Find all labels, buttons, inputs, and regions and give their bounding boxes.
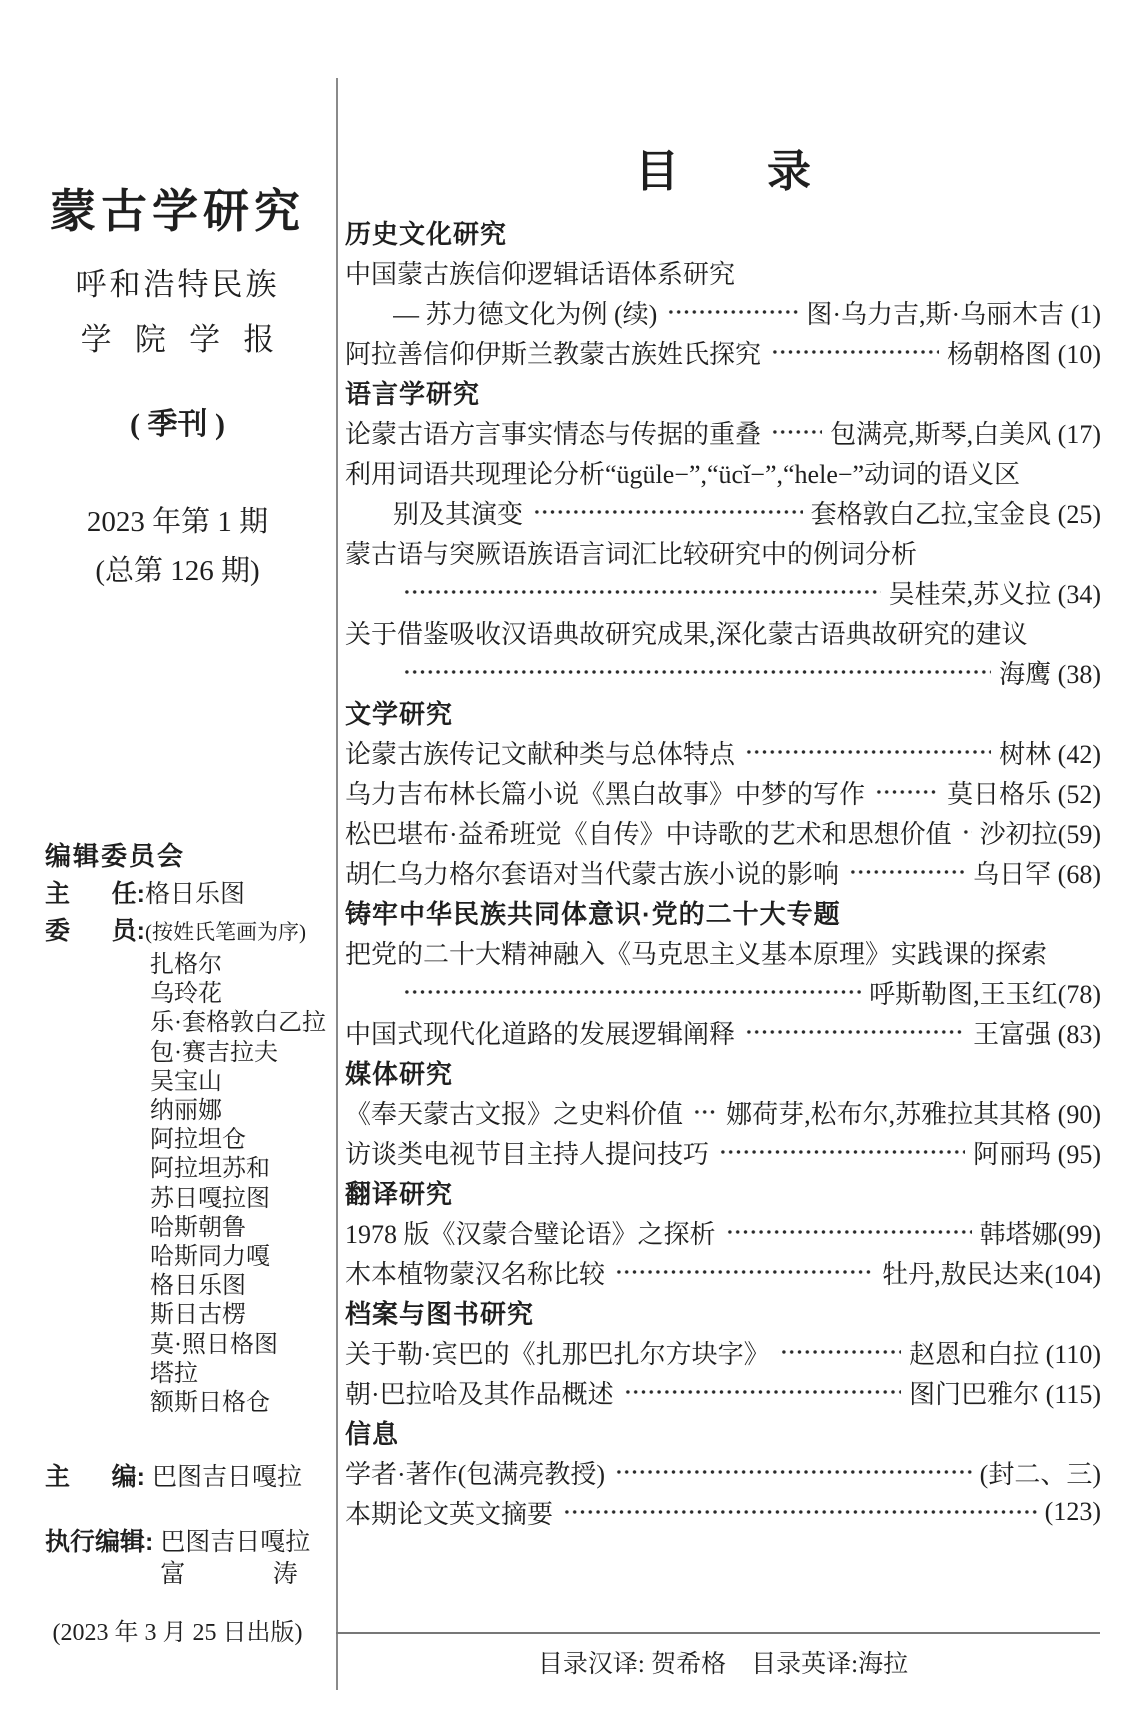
entry-title: 1978 版《汉蒙合璧论语》之探析 bbox=[345, 1214, 716, 1251]
toc-entry-line: 中国蒙古族信仰逻辑话语体系研究 bbox=[345, 252, 1101, 292]
entry-title: 别及其演变 bbox=[393, 494, 523, 531]
member-list: 扎格尔乌玲花乐·套格敦白乙拉包·赛吉拉夫吴宝山纳丽娜阿拉坦仓阿拉坦苏和苏日嘎拉图… bbox=[150, 951, 310, 1418]
entry-title: 访谈类电视节目主持人提问技巧 bbox=[345, 1134, 709, 1171]
executive-editor-label: 执行编辑: bbox=[45, 1527, 160, 1557]
director-name: 格日乐图 bbox=[145, 880, 245, 910]
dot-leader bbox=[401, 652, 991, 692]
sidebar: 蒙古学研究 呼和浩特民族 学 院 学 报 ( 季刊 ) 2023 年第 1 期 … bbox=[45, 0, 310, 1716]
entry-title: 蒙古语与突厥语族语言词汇比较研究中的例词分析 bbox=[345, 534, 917, 571]
masthead: 蒙古学研究 呼和浩特民族 学 院 学 报 ( 季刊 ) 2023 年第 1 期 … bbox=[45, 175, 310, 589]
vertical-divider-line bbox=[336, 78, 338, 1690]
dot-leader bbox=[613, 1252, 874, 1292]
entry-title: 学者·著作(包满亮教授) bbox=[345, 1454, 605, 1491]
members-ordering-note: (按姓氏笔画为序) bbox=[145, 917, 306, 947]
section-heading: 媒体研究 bbox=[345, 1052, 1101, 1092]
dot-leader bbox=[847, 852, 965, 892]
publish-date: (2023 年 3 月 25 日出版) bbox=[45, 1612, 310, 1647]
dot-leader bbox=[561, 1492, 1037, 1532]
toc-entry-line: 本期论文英文摘要(123) bbox=[345, 1492, 1101, 1532]
entry-title: 把党的二十大精神融入《马克思主义基本原理》实践课的探索 bbox=[345, 934, 1047, 971]
toc-entry-line: 论蒙古语方言事实情态与传据的重叠包满亮,斯琴,白美风 (17) bbox=[345, 412, 1101, 452]
toc-entry-line: 《奉天蒙古文报》之史料价值娜荷芽,松布尔,苏雅拉其其格 (90) bbox=[345, 1092, 1101, 1132]
entry-authors-page: 海鹰 (38) bbox=[999, 654, 1101, 691]
member-name: 阿拉坦苏和 bbox=[150, 1155, 310, 1184]
footer-rule-line bbox=[336, 1632, 1100, 1634]
member-name: 扎格尔 bbox=[150, 951, 310, 980]
entry-title: 论蒙古族传记文献种类与总体特点 bbox=[345, 734, 735, 771]
entry-authors-page: 阿丽玛 (95) bbox=[973, 1134, 1101, 1171]
entry-authors-page: 树林 (42) bbox=[999, 734, 1101, 771]
journal-contents-page: 蒙古学研究 呼和浩特民族 学 院 学 报 ( 季刊 ) 2023 年第 1 期 … bbox=[0, 0, 1126, 1716]
entry-title: 乌力吉布林长篇小说《黑白故事》中梦的写作 bbox=[345, 774, 865, 811]
entry-authors-page: 沙初拉(59) bbox=[980, 814, 1101, 851]
entry-title: 关于借鉴吸收汉语典故研究成果,深化蒙古语典故研究的建议 bbox=[345, 614, 1028, 651]
toc-title: 目 录 bbox=[345, 135, 1101, 199]
entry-authors-page: 乌日罕 (68) bbox=[973, 854, 1101, 891]
members-label: 委 员: bbox=[45, 916, 145, 946]
dot-leader bbox=[531, 492, 803, 532]
chief-editor-row: 主 编: 巴图吉日嘎拉 bbox=[45, 1462, 310, 1493]
toc-entry-line: 访谈类电视节目主持人提问技巧阿丽玛 (95) bbox=[345, 1132, 1101, 1172]
toc-entry-line: 胡仁乌力格尔套语对当代蒙古族小说的影响乌日罕 (68) bbox=[345, 852, 1101, 892]
entry-authors-page: 呼斯勒图,王玉红(78) bbox=[869, 974, 1101, 1011]
entry-authors-page: (封二、三) bbox=[980, 1454, 1101, 1491]
toc-entry-line: 学者·著作(包满亮教授)(封二、三) bbox=[345, 1452, 1101, 1492]
toc-entry-line: 论蒙古族传记文献种类与总体特点树林 (42) bbox=[345, 732, 1101, 772]
member-name: 额斯日格仓 bbox=[150, 1389, 310, 1418]
toc-entry-line: 阿拉善信仰伊斯兰教蒙古族姓氏探究杨朝格图 (10) bbox=[345, 332, 1101, 372]
entry-authors-page: 包满亮,斯琴,白美风 (17) bbox=[830, 414, 1101, 451]
toc-entry-line: 别及其演变套格敦白乙拉,宝金良 (25) bbox=[345, 492, 1101, 532]
entry-title: 松巴堪布·益希班觉《自传》中诗歌的艺术和思想价值 bbox=[345, 814, 952, 851]
dot-leader bbox=[401, 972, 861, 1012]
dot-leader bbox=[769, 412, 822, 452]
entry-authors-page: 牡丹,敖民达来(104) bbox=[882, 1254, 1101, 1291]
section-heading: 信息 bbox=[345, 1412, 1101, 1452]
dot-leader bbox=[743, 1012, 965, 1052]
toc-entry-line: 木本植物蒙汉名称比较牡丹,敖民达来(104) bbox=[345, 1252, 1101, 1292]
entry-title: 胡仁乌力格尔套语对当代蒙古族小说的影响 bbox=[345, 854, 839, 891]
toc-entry-line: 利用词语共现理论分析“ügüle−”,“ücǐ−”,“hele−”动词的语义区 bbox=[345, 452, 1101, 492]
dot-leader bbox=[724, 1212, 972, 1252]
institution-name-line1: 呼和浩特民族 bbox=[45, 259, 310, 304]
member-name: 吴宝山 bbox=[150, 1068, 310, 1097]
toc-body: 历史文化研究中国蒙古族信仰逻辑话语体系研究— 苏力德文化为例 (续)图·乌力吉,… bbox=[345, 212, 1101, 1532]
entry-title: 木本植物蒙汉名称比较 bbox=[345, 1254, 605, 1291]
toc-entry-line: 呼斯勒图,王玉红(78) bbox=[345, 972, 1101, 1012]
entry-title: 本期论文英文摘要 bbox=[345, 1494, 553, 1531]
issue-number: 2023 年第 1 期 bbox=[45, 499, 310, 540]
editorial-board-title: 编辑委员会 bbox=[45, 836, 310, 873]
chief-editor-label: 主 编: bbox=[45, 1462, 152, 1492]
dot-leader bbox=[778, 1332, 901, 1372]
entry-authors-page: 王富强 (83) bbox=[973, 1014, 1101, 1051]
dot-leader bbox=[873, 772, 939, 812]
member-name: 格日乐图 bbox=[150, 1272, 310, 1301]
toc-entry-line: 乌力吉布林长篇小说《黑白故事》中梦的写作莫日格乐 (52) bbox=[345, 772, 1101, 812]
entry-title: 中国蒙古族信仰逻辑话语体系研究 bbox=[345, 254, 735, 291]
toc-entry-line: 中国式现代化道路的发展逻辑阐释王富强 (83) bbox=[345, 1012, 1101, 1052]
toc-entry-line: 关于借鉴吸收汉语典故研究成果,深化蒙古语典故研究的建议 bbox=[345, 612, 1101, 652]
institution-name-line2: 学 院 学 报 bbox=[45, 314, 310, 359]
entry-title: 利用词语共现理论分析“ügüle−”,“ücǐ−”,“hele−”动词的语义区 bbox=[345, 454, 1020, 491]
toc-entry-line: 蒙古语与突厥语族语言词汇比较研究中的例词分析 bbox=[345, 532, 1101, 572]
member-name: 莫·照日格图 bbox=[150, 1331, 310, 1360]
member-name: 哈斯同力嘎 bbox=[150, 1243, 310, 1272]
member-name: 塔拉 bbox=[150, 1360, 310, 1389]
toc-entry-line: 朝·巴拉哈及其作品概述图门巴雅尔 (115) bbox=[345, 1372, 1101, 1412]
entry-title: — 苏力德文化为例 (续) bbox=[393, 294, 657, 331]
director-row: 主 任: 格日乐图 bbox=[45, 879, 310, 910]
toc-entry-line: 把党的二十大精神融入《马克思主义基本原理》实践课的探索 bbox=[345, 932, 1101, 972]
entry-title: 《奉天蒙古文报》之史料价值 bbox=[345, 1094, 683, 1131]
director-label: 主 任: bbox=[45, 879, 145, 909]
section-heading: 档案与图书研究 bbox=[345, 1292, 1101, 1332]
section-heading: 翻译研究 bbox=[345, 1172, 1101, 1212]
member-name: 苏日嘎拉图 bbox=[150, 1185, 310, 1214]
member-name: 乐·套格敦白乙拉 bbox=[150, 1009, 310, 1038]
dot-leader bbox=[622, 1372, 901, 1412]
toc-entry-line: 吴桂荣,苏义拉 (34) bbox=[345, 572, 1101, 612]
member-name: 包·赛吉拉夫 bbox=[150, 1039, 310, 1068]
publication-frequency: ( 季刊 ) bbox=[45, 399, 310, 443]
entry-authors-page: 娜荷芽,松布尔,苏雅拉其其格 (90) bbox=[726, 1094, 1101, 1131]
member-name: 乌玲花 bbox=[150, 980, 310, 1009]
section-heading: 历史文化研究 bbox=[345, 212, 1101, 252]
entry-authors-page: 赵恩和白拉 (110) bbox=[909, 1334, 1101, 1371]
entry-authors-page: 杨朝格图 (10) bbox=[947, 334, 1101, 371]
section-heading: 铸牢中华民族共同体意识·党的二十大专题 bbox=[345, 892, 1101, 932]
section-heading: 文学研究 bbox=[345, 692, 1101, 732]
entry-title: 阿拉善信仰伊斯兰教蒙古族姓氏探究 bbox=[345, 334, 761, 371]
members-row: 委 员: (按姓氏笔画为序) bbox=[45, 916, 310, 947]
journal-title: 蒙古学研究 bbox=[45, 175, 310, 241]
dot-leader bbox=[613, 1452, 972, 1492]
entry-authors-page: (123) bbox=[1045, 1497, 1101, 1527]
editorial-board: 编辑委员会 主 任: 格日乐图 委 员: (按姓氏笔画为序) 扎格尔乌玲花乐·套… bbox=[45, 836, 310, 1591]
dot-leader bbox=[401, 572, 881, 612]
member-name: 纳丽娜 bbox=[150, 1097, 310, 1126]
entry-title: 论蒙古语方言事实情态与传据的重叠 bbox=[345, 414, 761, 451]
dot-leader bbox=[743, 732, 991, 772]
dot-leader bbox=[769, 332, 939, 372]
executive-editor-names: 巴图吉日嘎拉 富 涛 bbox=[160, 1527, 310, 1591]
entry-authors-page: 吴桂荣,苏义拉 (34) bbox=[889, 574, 1101, 611]
toc-entry-line: 1978 版《汉蒙合璧论语》之探析韩塔娜(99) bbox=[345, 1212, 1101, 1252]
member-name: 阿拉坦仓 bbox=[150, 1126, 310, 1155]
issue-total-number: (总第 126 期) bbox=[45, 548, 310, 589]
toc-entry-line: 松巴堪布·益希班觉《自传》中诗歌的艺术和思想价值沙初拉(59) bbox=[345, 812, 1101, 852]
entry-authors-page: 莫日格乐 (52) bbox=[947, 774, 1101, 811]
entry-title: 关于勒·宾巴的《扎那巴扎尔方块字》 bbox=[345, 1334, 770, 1371]
toc-entry-line: — 苏力德文化为例 (续)图·乌力吉,斯·乌丽木吉 (1) bbox=[345, 292, 1101, 332]
dot-leader bbox=[665, 292, 798, 332]
entry-title: 中国式现代化道路的发展逻辑阐释 bbox=[345, 1014, 735, 1051]
entry-title: 朝·巴拉哈及其作品概述 bbox=[345, 1374, 614, 1411]
chief-editor-name: 巴图吉日嘎拉 bbox=[152, 1463, 302, 1493]
entry-authors-page: 韩塔娜(99) bbox=[980, 1214, 1101, 1251]
executive-editor-name-2: 富 涛 bbox=[160, 1559, 310, 1591]
member-name: 斯日古楞 bbox=[150, 1301, 310, 1330]
dot-leader bbox=[717, 1132, 965, 1172]
entry-authors-page: 图·乌力吉,斯·乌丽木吉 (1) bbox=[806, 294, 1101, 331]
executive-editor-name-1: 巴图吉日嘎拉 bbox=[160, 1527, 310, 1559]
entry-authors-page: 套格敦白乙拉,宝金良 (25) bbox=[811, 494, 1101, 531]
section-heading: 语言学研究 bbox=[345, 372, 1101, 412]
entry-authors-page: 图门巴雅尔 (115) bbox=[909, 1374, 1101, 1411]
toc-entry-line: 关于勒·宾巴的《扎那巴扎尔方块字》赵恩和白拉 (110) bbox=[345, 1332, 1101, 1372]
dot-leader bbox=[691, 1092, 718, 1132]
member-name: 哈斯朝鲁 bbox=[150, 1214, 310, 1243]
translators-footer: 目录汉译: 贺希格 目录英译:海拉 bbox=[345, 1644, 1101, 1680]
dot-leader bbox=[960, 812, 972, 852]
toc-entry-line: 海鹰 (38) bbox=[345, 652, 1101, 692]
executive-editor-row: 执行编辑: 巴图吉日嘎拉 富 涛 bbox=[45, 1527, 310, 1591]
